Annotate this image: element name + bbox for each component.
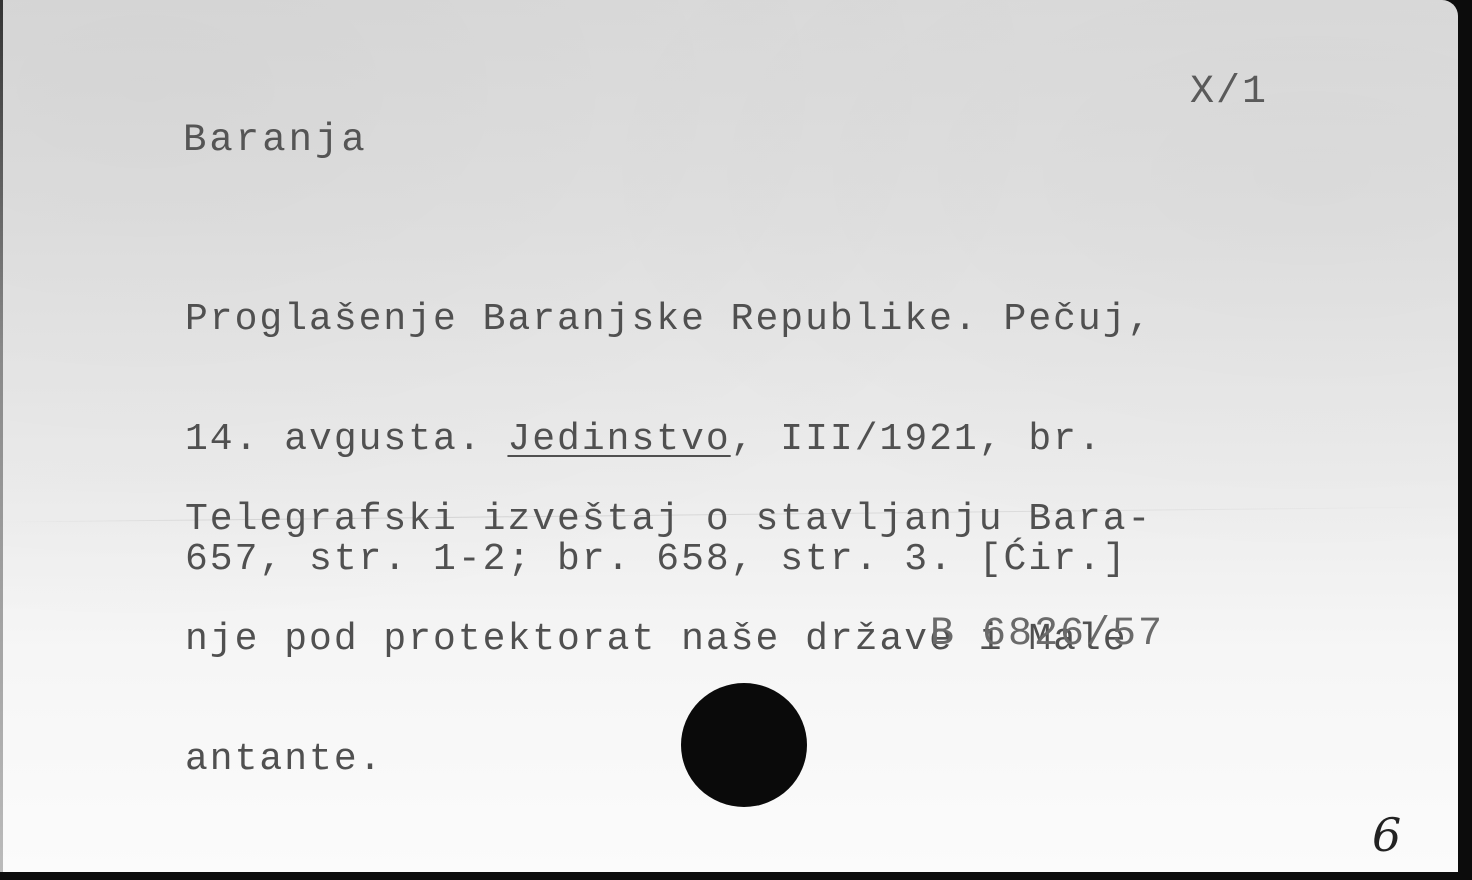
call-number: B 6826/57 <box>930 612 1164 657</box>
entry2-line-1: Telegrafski izveštaj o stavljanju Bara- <box>185 500 1152 540</box>
card-heading: Baranja <box>183 118 368 162</box>
entry1-line-1: Proglašenje Baranjske Republike. Pečuj, <box>185 300 1152 340</box>
entry2-line-3: antante. <box>185 740 1152 780</box>
scan-border <box>0 872 1472 880</box>
punch-hole-icon <box>681 683 807 807</box>
handwritten-mark: 6 <box>1372 808 1401 862</box>
card-edge <box>0 0 3 872</box>
card-signature: X/1 <box>1190 70 1268 115</box>
catalog-card: Baranja X/1 Proglašenje Baranjske Republ… <box>0 0 1458 872</box>
